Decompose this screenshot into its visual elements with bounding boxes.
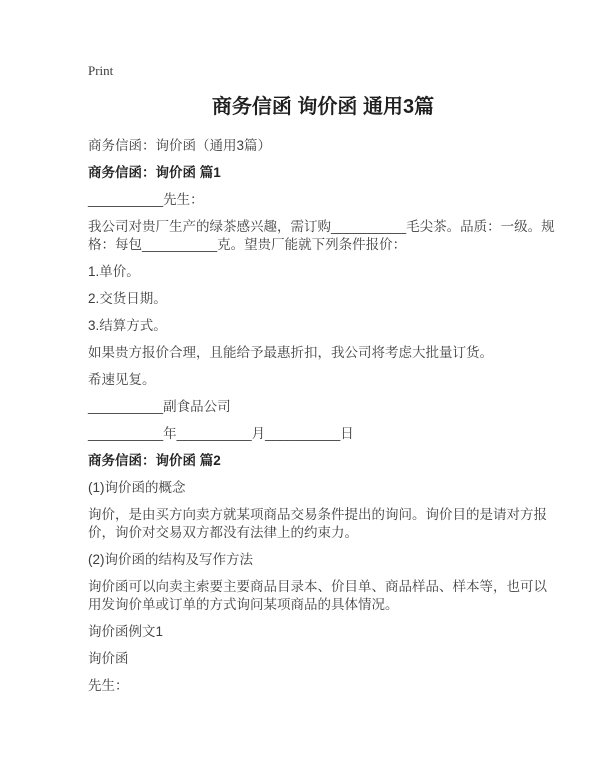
document-content: 商务信函 询价函 通用3篇 商务信函：询价函（通用3篇）商务信函：询价函 篇1_… [88, 94, 558, 695]
paragraph: 询价函 [88, 650, 558, 668]
paragraph: __________年__________月__________日 [88, 425, 558, 443]
paragraph: __________副食品公司 [88, 398, 558, 416]
paragraph: (1)询价函的概念 [88, 479, 558, 497]
paragraph: (2)询价函的结构及写作方法 [88, 551, 558, 569]
paragraph: 1.单价。 [88, 263, 558, 281]
paragraph: __________先生： [88, 191, 558, 209]
document-page: Print 商务信函 询价函 通用3篇 商务信函：询价函（通用3篇）商务信函：询… [0, 0, 600, 695]
paragraph: 3.结算方式。 [88, 317, 558, 335]
print-link[interactable]: Print [88, 63, 113, 79]
paragraph: 询价函例文1 [88, 623, 558, 641]
paragraph: 我公司对贵厂生产的绿茶感兴趣，需订购__________毛尖茶。品质：一级。规格… [88, 218, 558, 254]
section-heading: 商务信函：询价函 篇1 [88, 164, 558, 182]
paragraph: 商务信函：询价函（通用3篇） [88, 137, 558, 155]
paragraph: 先生： [88, 677, 558, 695]
paragraph: 询价函可以向卖主索要主要商品目录本、价目单、商品样品、样本等，也可以用发询价单或… [88, 578, 558, 614]
paragraph: 2.交货日期。 [88, 290, 558, 308]
paragraph: 询价，是由买方向卖方就某项商品交易条件提出的询问。询价目的是请对方报价，询价对交… [88, 506, 558, 542]
paragraph: 如果贵方报价合理，且能给予最惠折扣，我公司将考虑大批量订货。 [88, 344, 558, 362]
paragraph: 希速见复。 [88, 371, 558, 389]
section-heading: 商务信函：询价函 篇2 [88, 452, 558, 470]
page-title: 商务信函 询价函 通用3篇 [88, 94, 558, 120]
document-body: 商务信函：询价函（通用3篇）商务信函：询价函 篇1__________先生：我公… [88, 137, 558, 695]
